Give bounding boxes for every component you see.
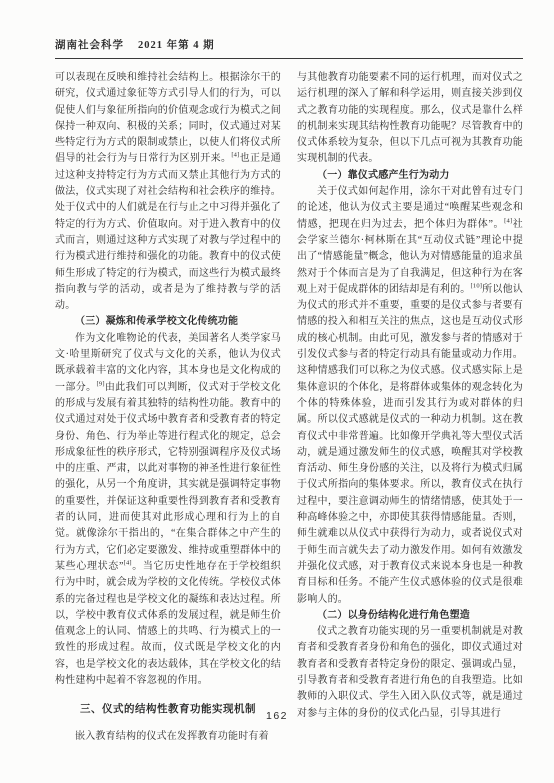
paragraph: 与其他教育功能要素不同的运行机理，而对仪式之运行机理的深入了解和科学运用，则直接…	[297, 70, 523, 168]
subsection-heading: （二）以身份结构化进行角色塑造	[297, 608, 523, 624]
journal-title: 湖南社会科学	[55, 40, 124, 51]
subsection-heading: （三）凝炼和传承学校文化传统功能	[55, 314, 281, 330]
subsection-heading: （一）靠仪式感产生行为动力	[297, 168, 523, 184]
journal-header: 湖南社会科学2021 年第 4 期	[55, 37, 215, 52]
header-rule	[55, 58, 523, 59]
paragraph: 关于仪式如何起作用，涂尔干对此曾有过专门的论述，他认为仪式主要是通过“唤醒某些观…	[297, 184, 523, 608]
paragraph: 嵌入教育结构的仪式在发挥教育功能时有着	[55, 729, 281, 745]
paragraph: 仪式之教育功能实现的另一重要机制就是对教育者和受教育者身份和角色的强化，即仪式通…	[297, 624, 523, 722]
right-column: 与其他教育功能要素不同的运行机理，而对仪式之运行机理的深入了解和科学运用，则直接…	[297, 70, 523, 746]
article-body: 可以表现在反映和维持社会结构上。根据涂尔干的研究，仪式通过象征等方式引导人们的行…	[55, 70, 523, 746]
left-column: 可以表现在反映和维持社会结构上。根据涂尔干的研究，仪式通过象征等方式引导人们的行…	[55, 70, 281, 746]
paragraph: 作为文化唯物论的代表，美国著名人类学家马文·哈里斯研究了仪式与文化的关系，他认为…	[55, 331, 281, 690]
journal-issue: 2021 年第 4 期	[138, 40, 215, 51]
page-footer: 162	[0, 710, 554, 722]
journal-page: 湖南社会科学2021 年第 4 期 可以表现在反映和维持社会结构上。根据涂尔干的…	[0, 0, 554, 783]
page-number: 162	[266, 710, 288, 722]
paragraph: 可以表现在反映和维持社会结构上。根据涂尔干的研究，仪式通过象征等方式引导人们的行…	[55, 70, 281, 314]
